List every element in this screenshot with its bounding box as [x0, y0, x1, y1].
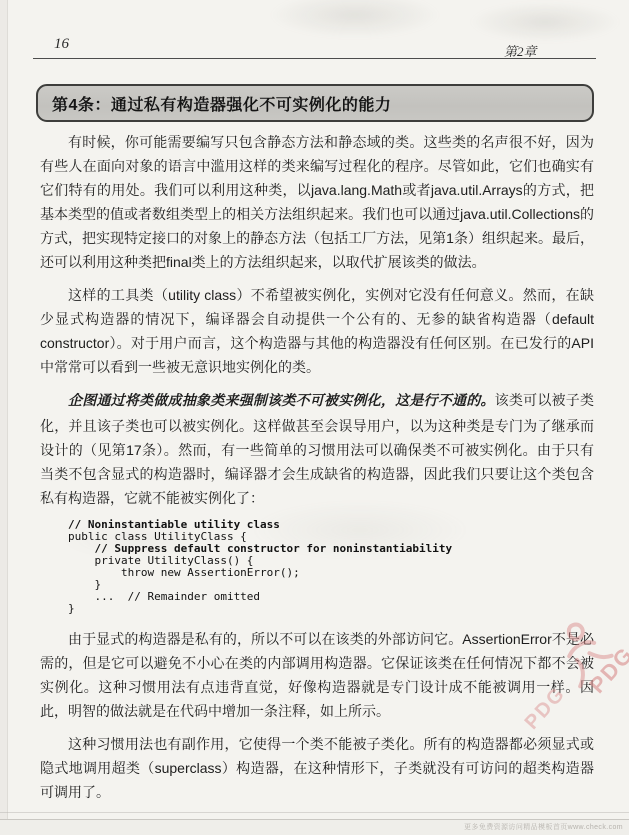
page-number: 16: [54, 36, 69, 53]
paragraph-4: 由于显式的构造器是私有的，所以不可以在该类的外部访问它。AssertionErr…: [40, 627, 594, 723]
code-line: }: [68, 603, 594, 615]
paragraph-3-rest: 该类可以被子类化，并且该子类也可以被实例化。这样做甚至会误导用户，以为这种类是专…: [40, 392, 594, 506]
code-line: ... // Remainder omitted: [68, 591, 594, 603]
item-heading-label: 第4条：通过私有构造器强化不可实例化的能力: [52, 92, 391, 115]
body-text: 有时候，你可能需要编写只包含静态方法和静态域的类。这些类的名声很不好，因为有些人…: [40, 130, 594, 813]
paragraph-5: 这种习惯用法也有副作用，它使得一个类不能被子类化。所有的构造器都必须显式或隐式地…: [40, 732, 594, 804]
page-left-edge: [0, 0, 8, 835]
footer-watermark-text: 更多免费资源访问精品模板首页www.check.com: [464, 822, 623, 832]
paragraph-2: 这样的工具类（utility class）不希望被实例化，实例对它没有任何意义。…: [40, 283, 594, 379]
code-block: // Noninstantiable utility class public …: [68, 519, 594, 615]
item-heading-banner: 第4条：通过私有构造器强化不可实例化的能力: [36, 84, 594, 122]
paragraph-1: 有时候，你可能需要编写只包含静态方法和静态域的类。这些类的名声很不好，因为有些人…: [40, 130, 594, 274]
scan-smudge: [470, 2, 620, 42]
paragraph-3-emphasis: 企图通过将类做成抽象类来强制该类不可被实例化，这是行不通的。: [68, 394, 495, 409]
scan-smudge: [270, 0, 440, 38]
code-line: throw new AssertionError();: [68, 567, 594, 579]
header-rule: [33, 58, 596, 59]
scan-bottom-line: [0, 812, 629, 813]
scanned-book-page: 16 第2章 第4条：通过私有构造器强化不可实例化的能力 有时候，你可能需要编写…: [0, 0, 629, 835]
paragraph-3: 企图通过将类做成抽象类来强制该类不可被实例化，这是行不通的。该类可以被子类化，并…: [40, 388, 594, 510]
